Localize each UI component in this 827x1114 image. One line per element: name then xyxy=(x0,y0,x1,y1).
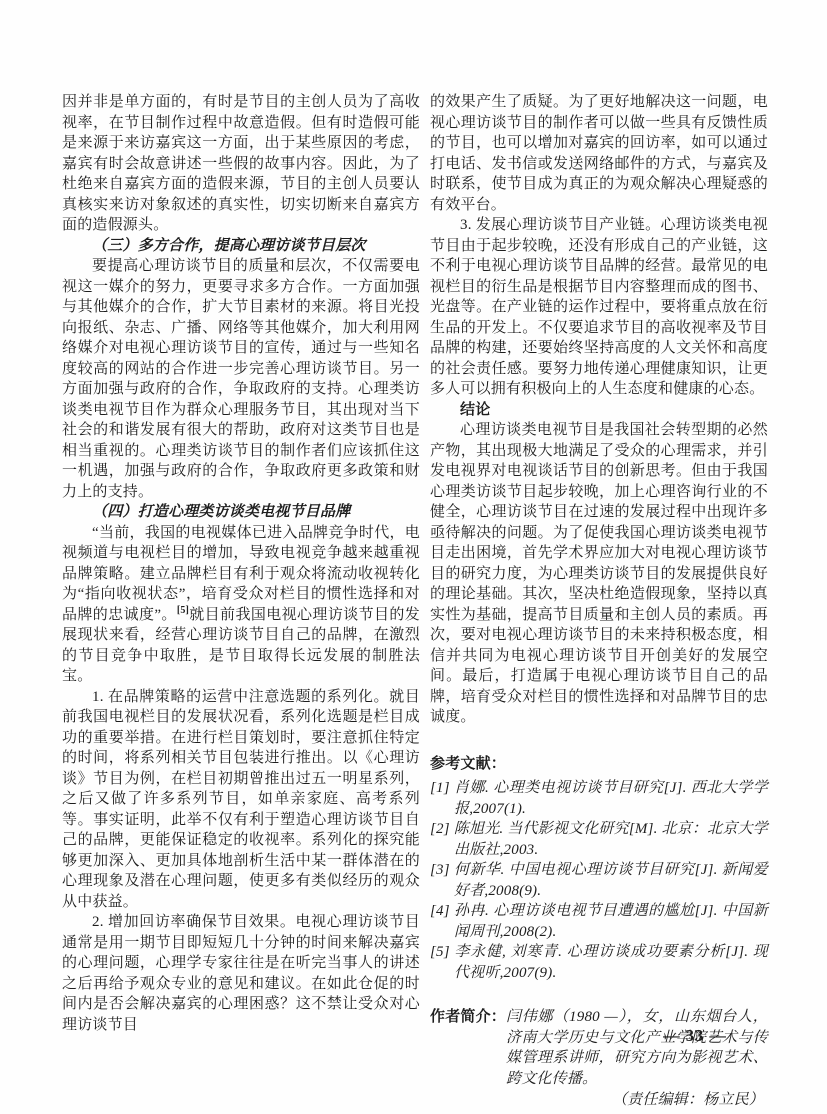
citation-mark-5: [5] xyxy=(177,605,189,616)
paragraph-industry-chain: 3. 发展心理访谈节目产业链。心理访谈类电视节目由于起步较晚，还没有形成自己的产… xyxy=(430,215,768,400)
reference-entry-3: [3] 何新华. 中国电视心理访谈节目研究[J]. 新闻爱好者,2008(9). xyxy=(430,860,768,901)
section-heading-three: （三）多方合作，提高心理访谈节目层次 xyxy=(62,236,420,257)
paragraph-feedback-continuation: 的效果产生了质疑。为了更好地解决这一问题，电视心理访谈节目的制作者可以做一些具有… xyxy=(430,92,768,215)
reference-entry-5: [5] 李永健, 刘寒青. 心理访谈成功要素分析[J]. 现代视听,2007(9… xyxy=(430,942,768,983)
page-number: — 33 — xyxy=(640,1026,750,1046)
section-heading-four: （四）打造心理类访谈类电视节目品牌 xyxy=(62,502,420,523)
author-bio-section: 作者简介： 闫伟娜（1980 —），女，山东烟台人，济南大学历史与文化产业学院艺… xyxy=(430,1007,768,1111)
paragraph-conclusion: 心理访谈类电视节目是我国社会转型期的必然产物，其出现极大地满足了受众的心理需求，… xyxy=(430,420,768,728)
reference-entry-1: [1] 肖娜. 心理类电视访谈节目研究[J]. 西北大学学报,2007(1). xyxy=(430,778,768,819)
author-bio-text: 闫伟娜（1980 —），女，山东烟台人，济南大学历史与文化产业学院艺术与传媒管理… xyxy=(506,1007,768,1089)
article-body: 因并非是单方面的，有时是节目的主创人员为了高收视率，在节目制作过程中故意造假。但… xyxy=(62,92,768,1111)
author-bio-label: 作者简介： xyxy=(430,1007,506,1089)
journal-page: 因并非是单方面的，有时是节目的主创人员为了高收视率，在节目制作过程中故意造假。但… xyxy=(0,0,827,1114)
paragraph-brand: “当前，我国的电视媒体已进入品牌竞争时代，电视频道与电视栏目的增加，导致电视竞争… xyxy=(62,523,420,687)
paragraph-revisit: 2. 增加回访率确保节目效果。电视心理访谈节目通常是用一期节目即短短几十分钟的时… xyxy=(62,912,420,1035)
reference-entry-4: [4] 孙冉. 心理访谈电视节目遭遇的尴尬[J]. 中国新闻周刊,2008(2)… xyxy=(430,901,768,942)
paragraph-fabrication-continuation: 因并非是单方面的，有时是节目的主创人员为了高收视率，在节目制作过程中故意造假。但… xyxy=(62,92,420,236)
left-column: 因并非是单方面的，有时是节目的主创人员为了高收视率，在节目制作过程中故意造假。但… xyxy=(62,92,420,1111)
right-column: 的效果产生了质疑。为了更好地解决这一问题，电视心理访谈节目的制作者可以做一些具有… xyxy=(430,92,768,1111)
conclusion-heading: 结论 xyxy=(430,400,768,421)
paragraph-series: 1. 在品牌策略的运营中注意选题的系列化。就目前我国电视栏目的发展状况看，系列化… xyxy=(62,687,420,913)
reference-entry-2: [2] 陈旭光. 当代影视文化研究[M]. 北京：北京大学出版社,2003. xyxy=(430,819,768,860)
references-section: 参考文献： [1] 肖娜. 心理类电视访谈节目研究[J]. 西北大学学报,200… xyxy=(430,754,768,984)
author-bio-row: 作者简介： 闫伟娜（1980 —），女，山东烟台人，济南大学历史与文化产业学院艺… xyxy=(430,1007,768,1089)
paragraph-cooperation: 要提高心理访谈节目的质量和层次，不仅需要电视这一媒介的努力，更要寻求多方合作。一… xyxy=(62,256,420,502)
references-heading: 参考文献： xyxy=(430,754,768,775)
responsible-editor-note: （责任编辑：杨立民） xyxy=(430,1090,768,1111)
